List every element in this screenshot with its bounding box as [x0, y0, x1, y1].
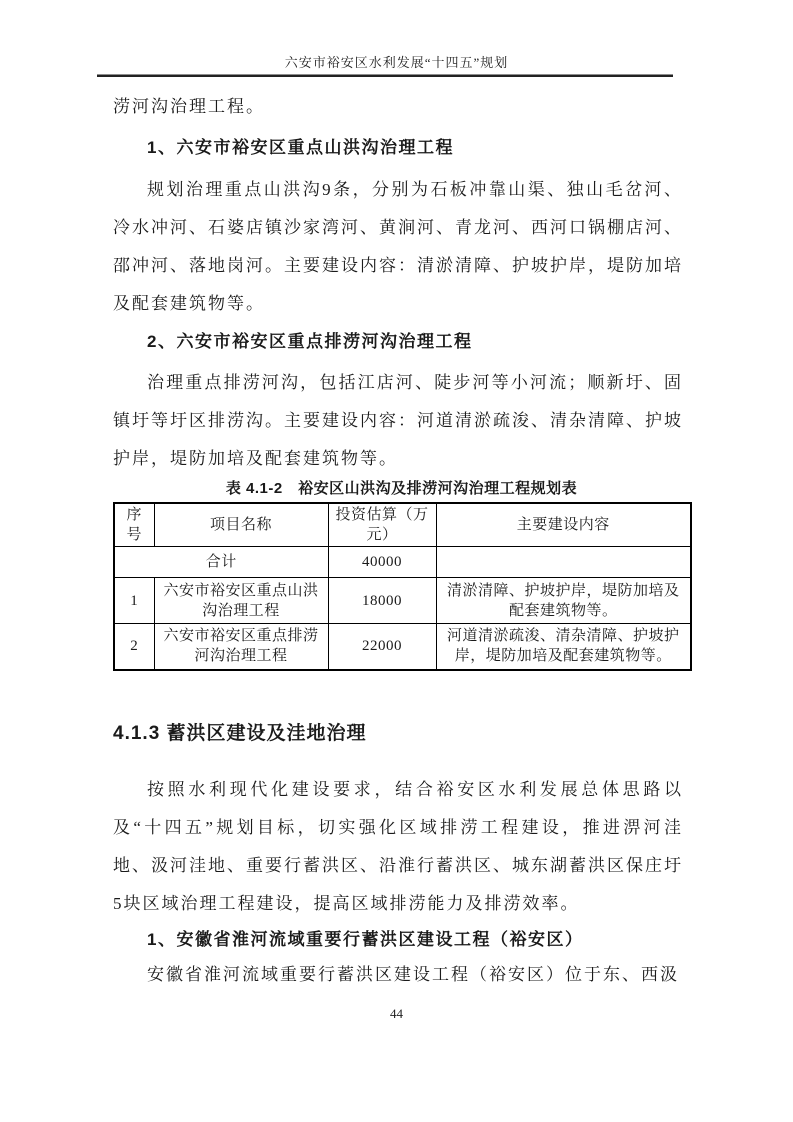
- row-investment-cell: 22000: [328, 624, 436, 670]
- paragraph-huaihe-project: 安徽省淮河流域重要行蓄洪区建设工程（裕安区）位于东、西汲: [113, 956, 683, 994]
- header-rule-thick: [97, 75, 673, 77]
- paragraph-drainage-ditch: 治理重点排涝河沟，包括江店河、陡步河等小河流；顺新圩、固镇圩等圩区排涝沟。主要建…: [113, 364, 683, 478]
- col-header-investment: 投资估算（万元）: [328, 503, 436, 547]
- page-header-title: 六安市裕安区水利发展“十四五”规划: [0, 52, 793, 71]
- paragraph-flood-storage: 按照水利现代化建设要求，结合裕安区水利发展总体思路以及“十四五”规划目标，切实强…: [113, 771, 683, 923]
- paragraph-continuation: 涝河沟治理工程。: [113, 88, 683, 126]
- document-page: 六安市裕安区水利发展“十四五”规划 涝河沟治理工程。 1、六安市裕安区重点山洪沟…: [0, 0, 793, 1122]
- row-name-cell: 六安市裕安区重点排涝河沟治理工程: [154, 624, 328, 670]
- subheading-drainage-ditch: 2、六安市裕安区重点排涝河沟治理工程: [113, 323, 683, 361]
- total-investment-cell: 40000: [328, 547, 436, 578]
- table-caption: 表 4.1-2 裕安区山洪沟及排涝河沟治理工程规划表: [113, 477, 690, 498]
- col-header-name: 项目名称: [154, 503, 328, 547]
- table-header-row: 序号 项目名称 投资估算（万元） 主要建设内容: [114, 503, 691, 547]
- row-no-cell: 1: [114, 578, 154, 624]
- col-header-no: 序号: [114, 503, 154, 547]
- table-row: 1 六安市裕安区重点山洪沟治理工程 18000 清淤清障、护坡护岸，堤防加培及配…: [114, 578, 691, 624]
- paragraph-mountain-flood: 规划治理重点山洪沟9条，分别为石板冲靠山渠、独山毛岔河、冷水冲河、石婆店镇沙家湾…: [113, 171, 683, 323]
- section-heading-413: 4.1.3 蓄洪区建设及洼地治理: [113, 719, 713, 749]
- page-number: 44: [0, 1006, 793, 1022]
- row-no-cell: 2: [114, 624, 154, 670]
- row-name-cell: 六安市裕安区重点山洪沟治理工程: [154, 578, 328, 624]
- total-label-cell: 合计: [114, 547, 328, 578]
- col-header-content: 主要建设内容: [436, 503, 691, 547]
- subheading-huaihe-project: 1、安徽省淮河流域重要行蓄洪区建设工程（裕安区）: [113, 921, 683, 959]
- subheading-mountain-flood: 1、六安市裕安区重点山洪沟治理工程: [113, 129, 683, 167]
- table-total-row: 合计 40000: [114, 547, 691, 578]
- table-row: 2 六安市裕安区重点排涝河沟治理工程 22000 河道清淤疏浚、清杂清障、护坡护…: [114, 624, 691, 670]
- total-content-cell: [436, 547, 691, 578]
- row-content-cell: 河道清淤疏浚、清杂清障、护坡护岸，堤防加培及配套建筑物等。: [436, 624, 691, 670]
- row-content-cell: 清淤清障、护坡护岸，堤防加培及配套建筑物等。: [436, 578, 691, 624]
- row-investment-cell: 18000: [328, 578, 436, 624]
- plan-table: 序号 项目名称 投资估算（万元） 主要建设内容 合计 40000 1 六安市裕安…: [113, 502, 692, 671]
